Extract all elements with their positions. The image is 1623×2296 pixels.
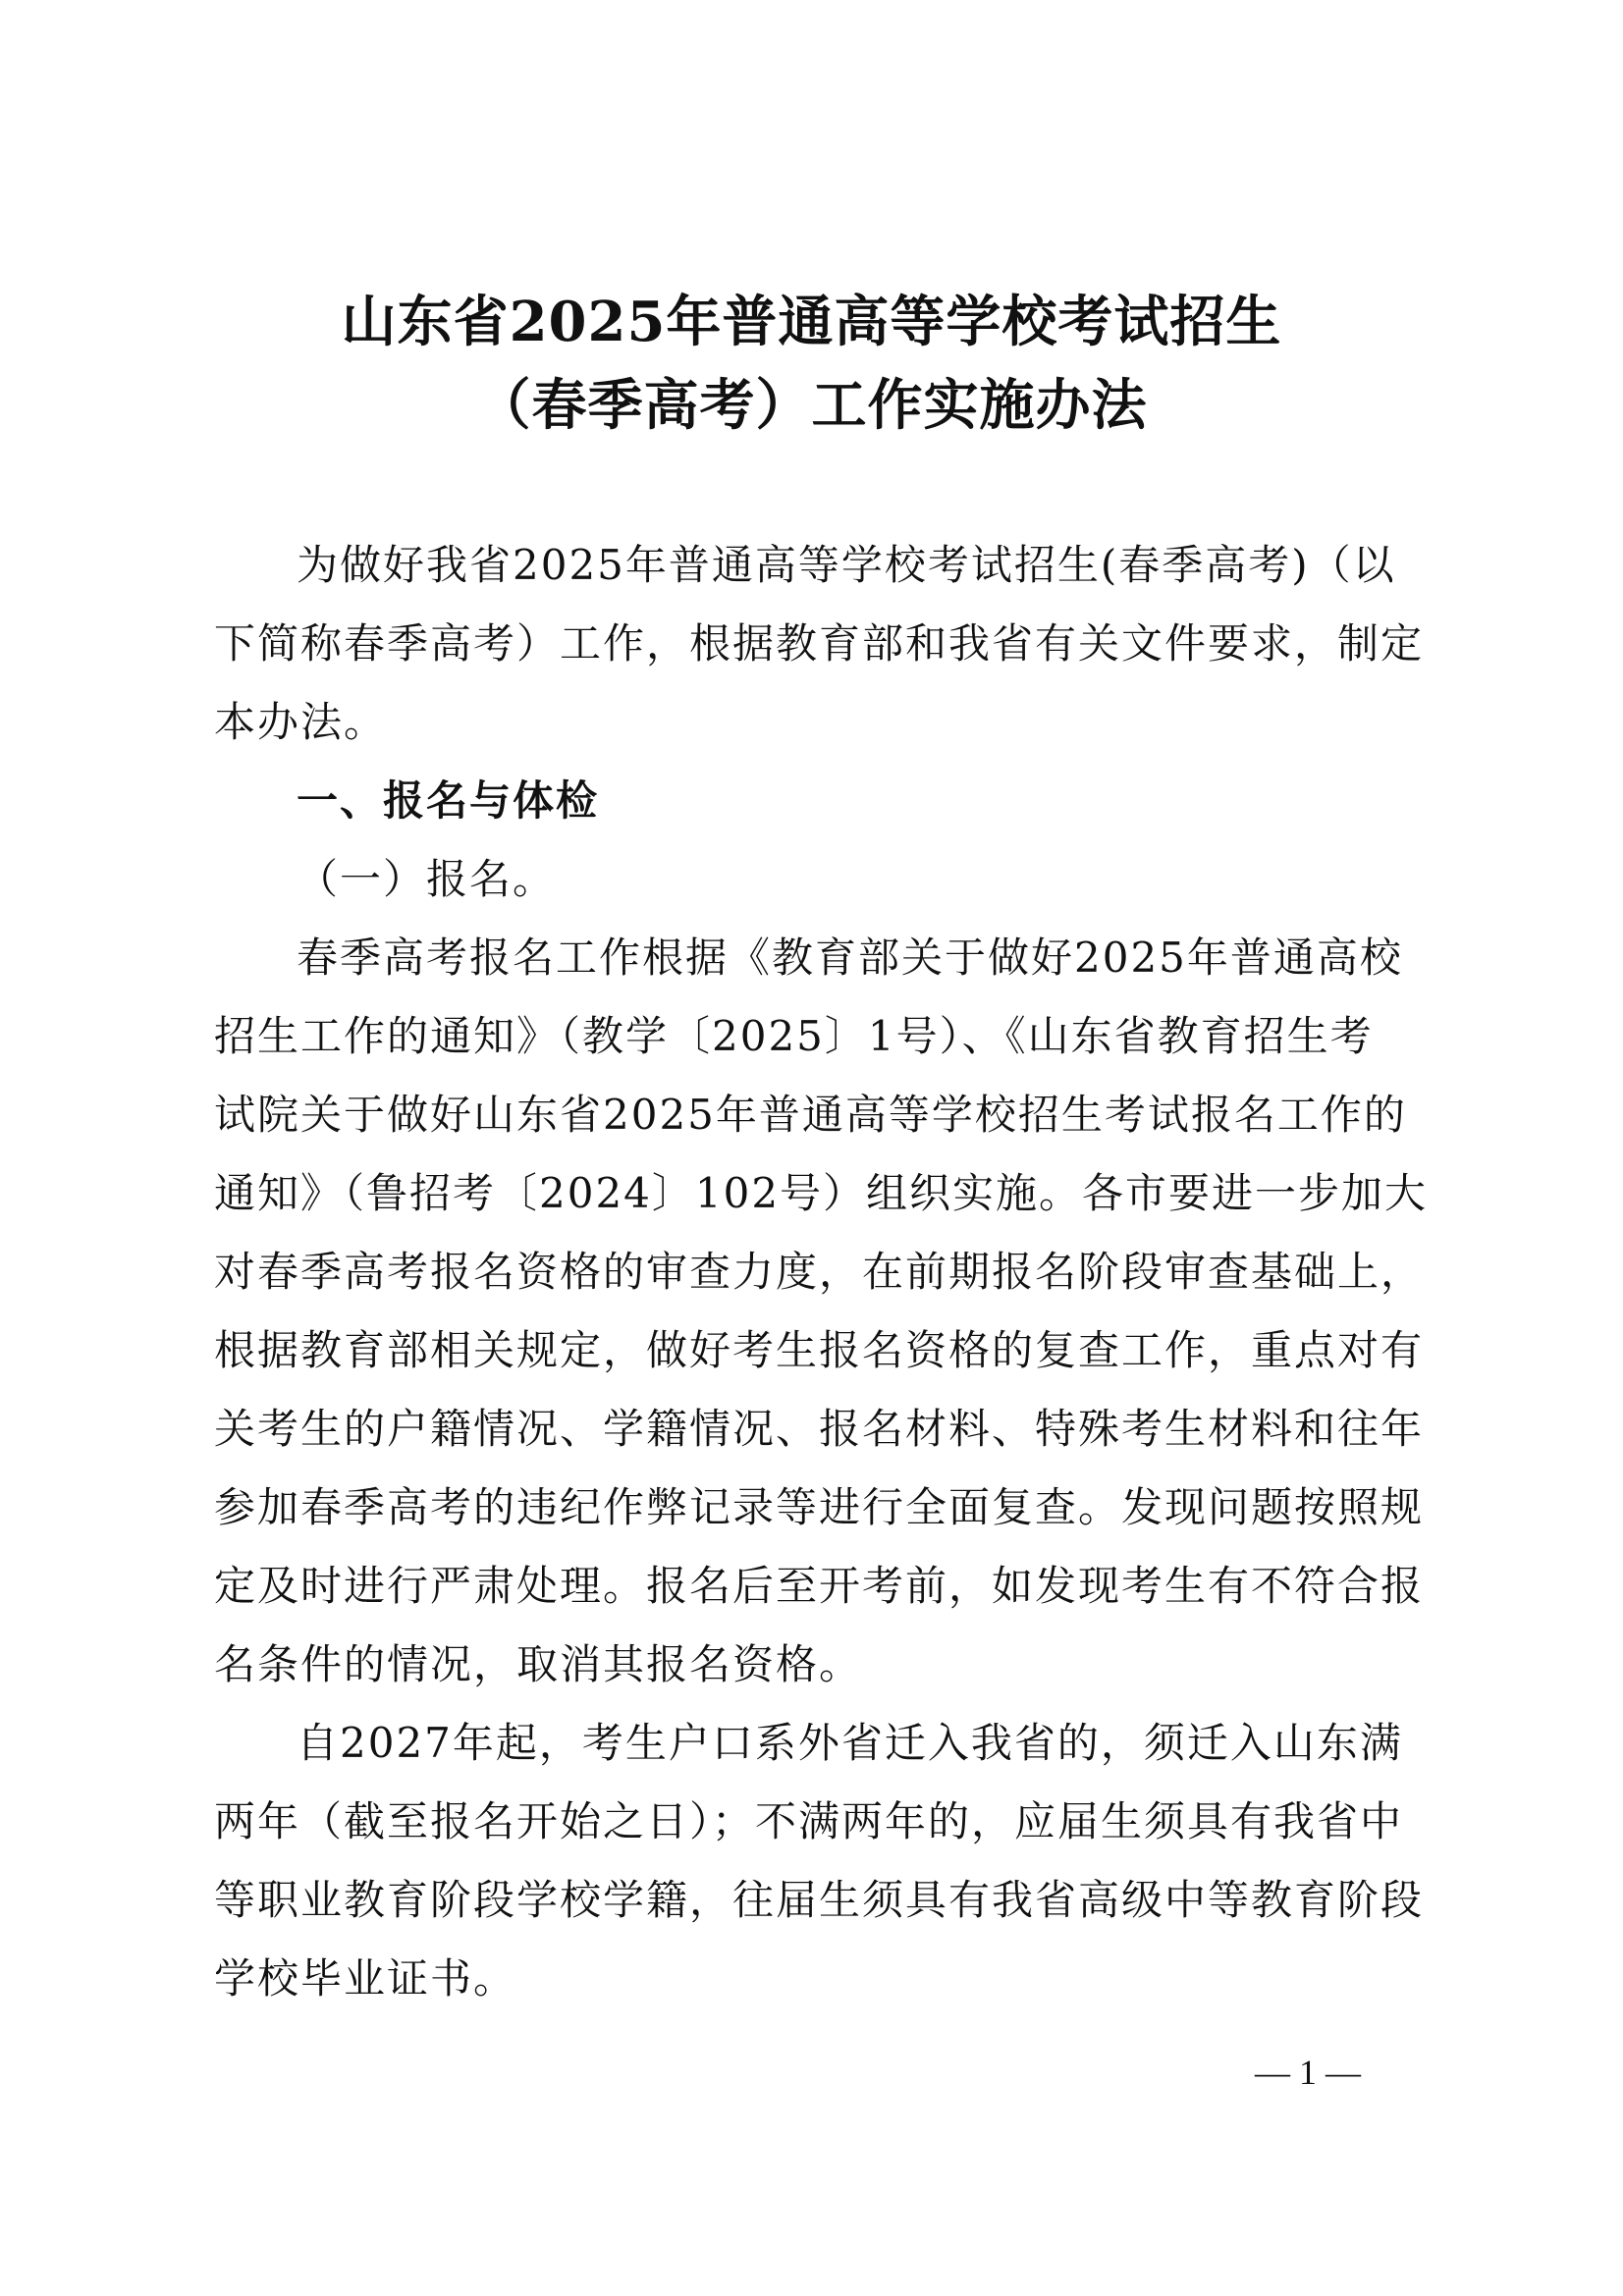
paragraph-line: 参加春季高考的违纪作弊记录等进行全面复查。发现问题按照规	[214, 1487, 1422, 1528]
paragraph-line: 根据教育部相关规定，做好考生报名资格的复查工作，重点对有	[214, 1330, 1422, 1371]
section-heading: 一、报名与体检	[297, 780, 1504, 822]
paragraph-line: 两年（截至报名开始之日）；不满两年的，应届生须具有我省中	[214, 1801, 1422, 1842]
paragraph-line: 关考生的户籍情况、学籍情况、报名材料、特殊考生材料和往年	[214, 1409, 1422, 1450]
document-title-line-2: （春季高考）工作实施办法	[0, 378, 1623, 433]
paragraph-line: 定及时进行严肃处理。报名后至开考前，如发现考生有不符合报	[214, 1566, 1422, 1607]
subsection-heading: （一）报名。	[297, 859, 1504, 900]
document-title-line-1: 山东省2025年普通高等学校考试招生	[0, 294, 1623, 349]
paragraph-line: 名条件的情况，取消其报名资格。	[214, 1644, 1422, 1685]
page-number: — 1 —	[1255, 2052, 1361, 2093]
paragraph-line: 学校毕业证书。	[214, 1958, 1422, 2000]
paragraph-line: 通知》（鲁招考〔2024〕102号）组织实施。各市要进一步加大	[214, 1173, 1422, 1214]
paragraph-line: 自2027年起，考生户口系外省迁入我省的，须迁入山东满	[297, 1723, 1504, 1764]
paragraph-line: 对春季高考报名资格的审查力度，在前期报名阶段审查基础上，	[214, 1252, 1422, 1293]
paragraph-line: 招生工作的通知》（教学〔2025〕1号）、《山东省教育招生考	[214, 1016, 1422, 1057]
intro-paragraph-line: 下简称春季高考）工作，根据教育部和我省有关文件要求，制定	[214, 623, 1422, 665]
intro-paragraph-line: 本办法。	[214, 702, 1422, 743]
paragraph-line: 试院关于做好山东省2025年普通高等学校招生考试报名工作的	[214, 1095, 1422, 1136]
paragraph-line: 春季高考报名工作根据《教育部关于做好2025年普通高校	[297, 937, 1504, 979]
paragraph-line: 等职业教育阶段学校学籍，往届生须具有我省高级中等教育阶段	[214, 1880, 1422, 1921]
intro-paragraph-line: 为做好我省2025年普通高等学校考试招生(春季高考)（以	[297, 545, 1504, 586]
